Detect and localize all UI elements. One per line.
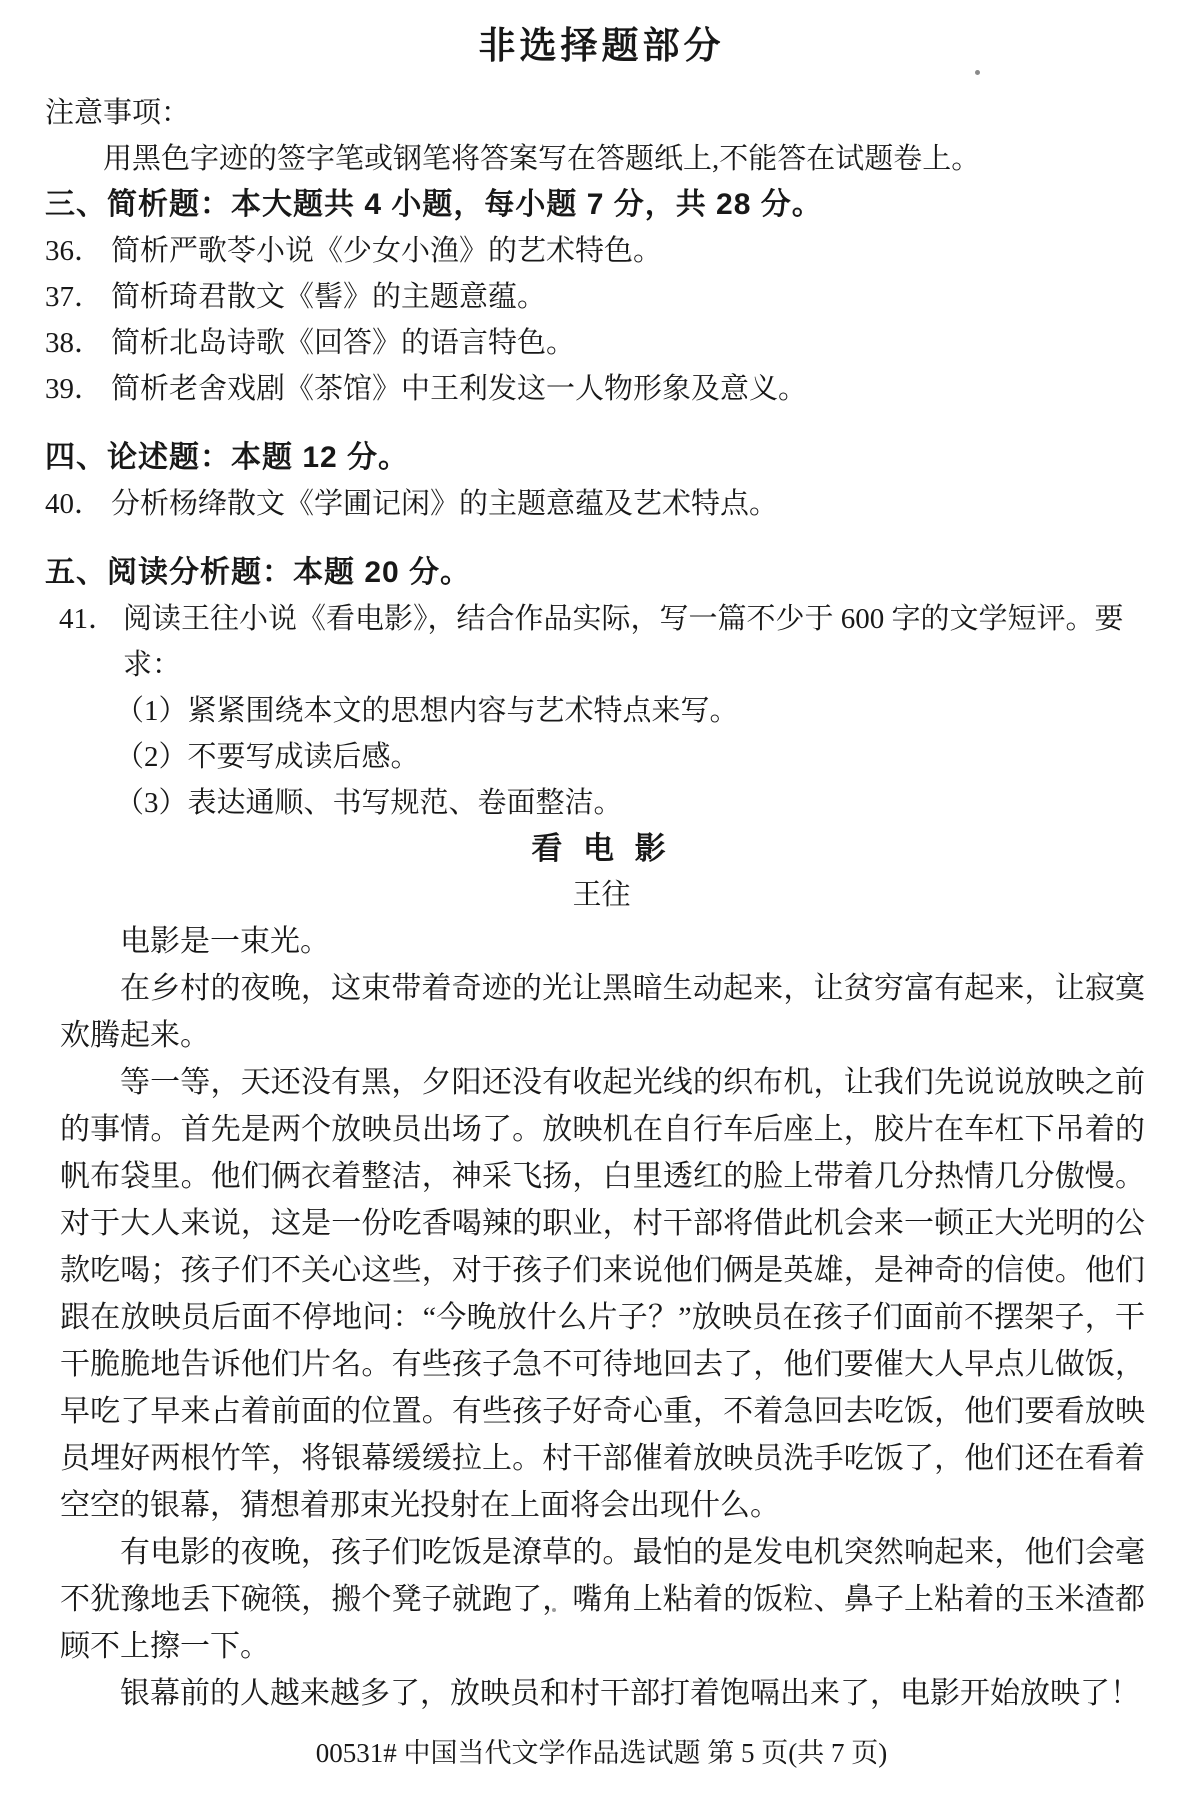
passage-body: 电影是一束光。 在乡村的夜晚，这束带着奇迹的光让黑暗生动起来，让贫穷富有起来，让… xyxy=(60,918,1145,1717)
question-text: 阅读王往小说《看电影》，结合作品实际，写一篇不少于 600 字的文学短评。要求： xyxy=(123,596,1158,688)
passage-title: 看 电 影 xyxy=(45,826,1158,872)
question-number: 36． xyxy=(45,228,111,274)
passage-paragraph-5: 银幕前的人越来越多了，放映员和村干部打着饱嗝出来了，电影开始放映了！ xyxy=(60,1670,1145,1717)
exam-page-body: { "title": "非选择题部分", "notice": { "headin… xyxy=(0,0,1203,1798)
passage-paragraph-3: 等一等，天还没有黑，夕阳还没有收起光线的织布机，让我们先说说放映之前的事情。首先… xyxy=(60,1059,1145,1529)
question-number: 39． xyxy=(45,366,111,412)
question-39: 39． 简析老舍戏剧《茶馆》中王利发这一人物形象及意义。 xyxy=(45,366,1158,412)
page-footer: 00531# 中国当代文学作品选试题 第 5 页(共 7 页) xyxy=(45,1733,1158,1773)
notice-text: 用黑色字迹的签字笔或钢笔将答案写在答题纸上,不能答在试题卷上。 xyxy=(45,136,1158,182)
requirement-3: （3）表达通顺、书写规范、卷面整洁。 xyxy=(45,780,1158,826)
section-heading-4: 四、论述题：本题 12 分。 xyxy=(45,435,1158,481)
question-number: 41． xyxy=(59,596,123,642)
scan-speck xyxy=(552,1608,556,1612)
passage-paragraph-1: 电影是一束光。 xyxy=(60,918,1145,965)
page-title: 非选择题部分 xyxy=(45,24,1158,68)
question-text: 分析杨绛散文《学圃记闲》的主题意蕴及艺术特点。 xyxy=(111,481,1158,527)
question-number: 40． xyxy=(45,481,111,527)
section-heading-3: 三、简析题：本大题共 4 小题，每小题 7 分，共 28 分。 xyxy=(45,182,1158,228)
question-text: 简析北岛诗歌《回答》的语言特色。 xyxy=(111,320,1158,366)
passage-paragraph-2: 在乡村的夜晚，这束带着奇迹的光让黑暗生动起来，让贫穷富有起来，让寂寞欢腾起来。 xyxy=(60,965,1145,1059)
section-reading-analysis: 五、阅读分析题：本题 20 分。 41． 阅读王往小说《看电影》，结合作品实际，… xyxy=(45,550,1158,826)
scan-speck xyxy=(975,70,980,75)
question-number: 38． xyxy=(45,320,111,366)
exam-page: 非选择题部分 注意事项： 用黑色字迹的签字笔或钢笔将答案写在答题纸上,不能答在试… xyxy=(0,0,1203,1798)
requirement-1: （1）紧紧围绕本文的思想内容与艺术特点来写。 xyxy=(45,688,1158,734)
reading-passage: 看 电 影 王往 电影是一束光。 在乡村的夜晚，这束带着奇迹的光让黑暗生动起来，… xyxy=(45,826,1158,1717)
question-number: 37． xyxy=(45,274,111,320)
notice-heading: 注意事项： xyxy=(45,90,1158,136)
question-38: 38． 简析北岛诗歌《回答》的语言特色。 xyxy=(45,320,1158,366)
question-40: 40． 分析杨绛散文《学圃记闲》的主题意蕴及艺术特点。 xyxy=(45,481,1158,527)
question-text: 简析严歌苓小说《少女小渔》的艺术特色。 xyxy=(111,228,1158,274)
section-brief-analysis: 三、简析题：本大题共 4 小题，每小题 7 分，共 28 分。 36． 简析严歌… xyxy=(45,182,1158,412)
question-36: 36． 简析严歌苓小说《少女小渔》的艺术特色。 xyxy=(45,228,1158,274)
question-text: 简析老舍戏剧《茶馆》中王利发这一人物形象及意义。 xyxy=(111,366,1158,412)
question-37: 37． 简析琦君散文《髻》的主题意蕴。 xyxy=(45,274,1158,320)
question-41: 41． 阅读王往小说《看电影》，结合作品实际，写一篇不少于 600 字的文学短评… xyxy=(45,596,1158,688)
passage-author: 王往 xyxy=(45,872,1158,918)
requirement-2: （2）不要写成读后感。 xyxy=(45,734,1158,780)
section-essay: 四、论述题：本题 12 分。 40． 分析杨绛散文《学圃记闲》的主题意蕴及艺术特… xyxy=(45,435,1158,527)
section-heading-5: 五、阅读分析题：本题 20 分。 xyxy=(45,550,1158,596)
question-text: 简析琦君散文《髻》的主题意蕴。 xyxy=(111,274,1158,320)
passage-paragraph-4: 有电影的夜晚，孩子们吃饭是潦草的。最怕的是发电机突然响起来，他们会毫不犹豫地丢下… xyxy=(60,1529,1145,1670)
